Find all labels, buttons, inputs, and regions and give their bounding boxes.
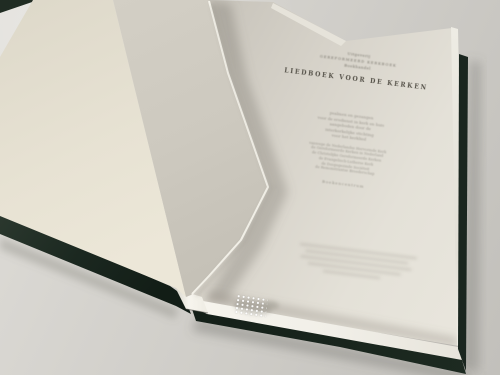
book-illustration xyxy=(0,0,500,375)
photo-open-hymnal-book: Uitgeverij GEREFORMEERD KERKBOEK Boekhan… xyxy=(0,0,500,375)
